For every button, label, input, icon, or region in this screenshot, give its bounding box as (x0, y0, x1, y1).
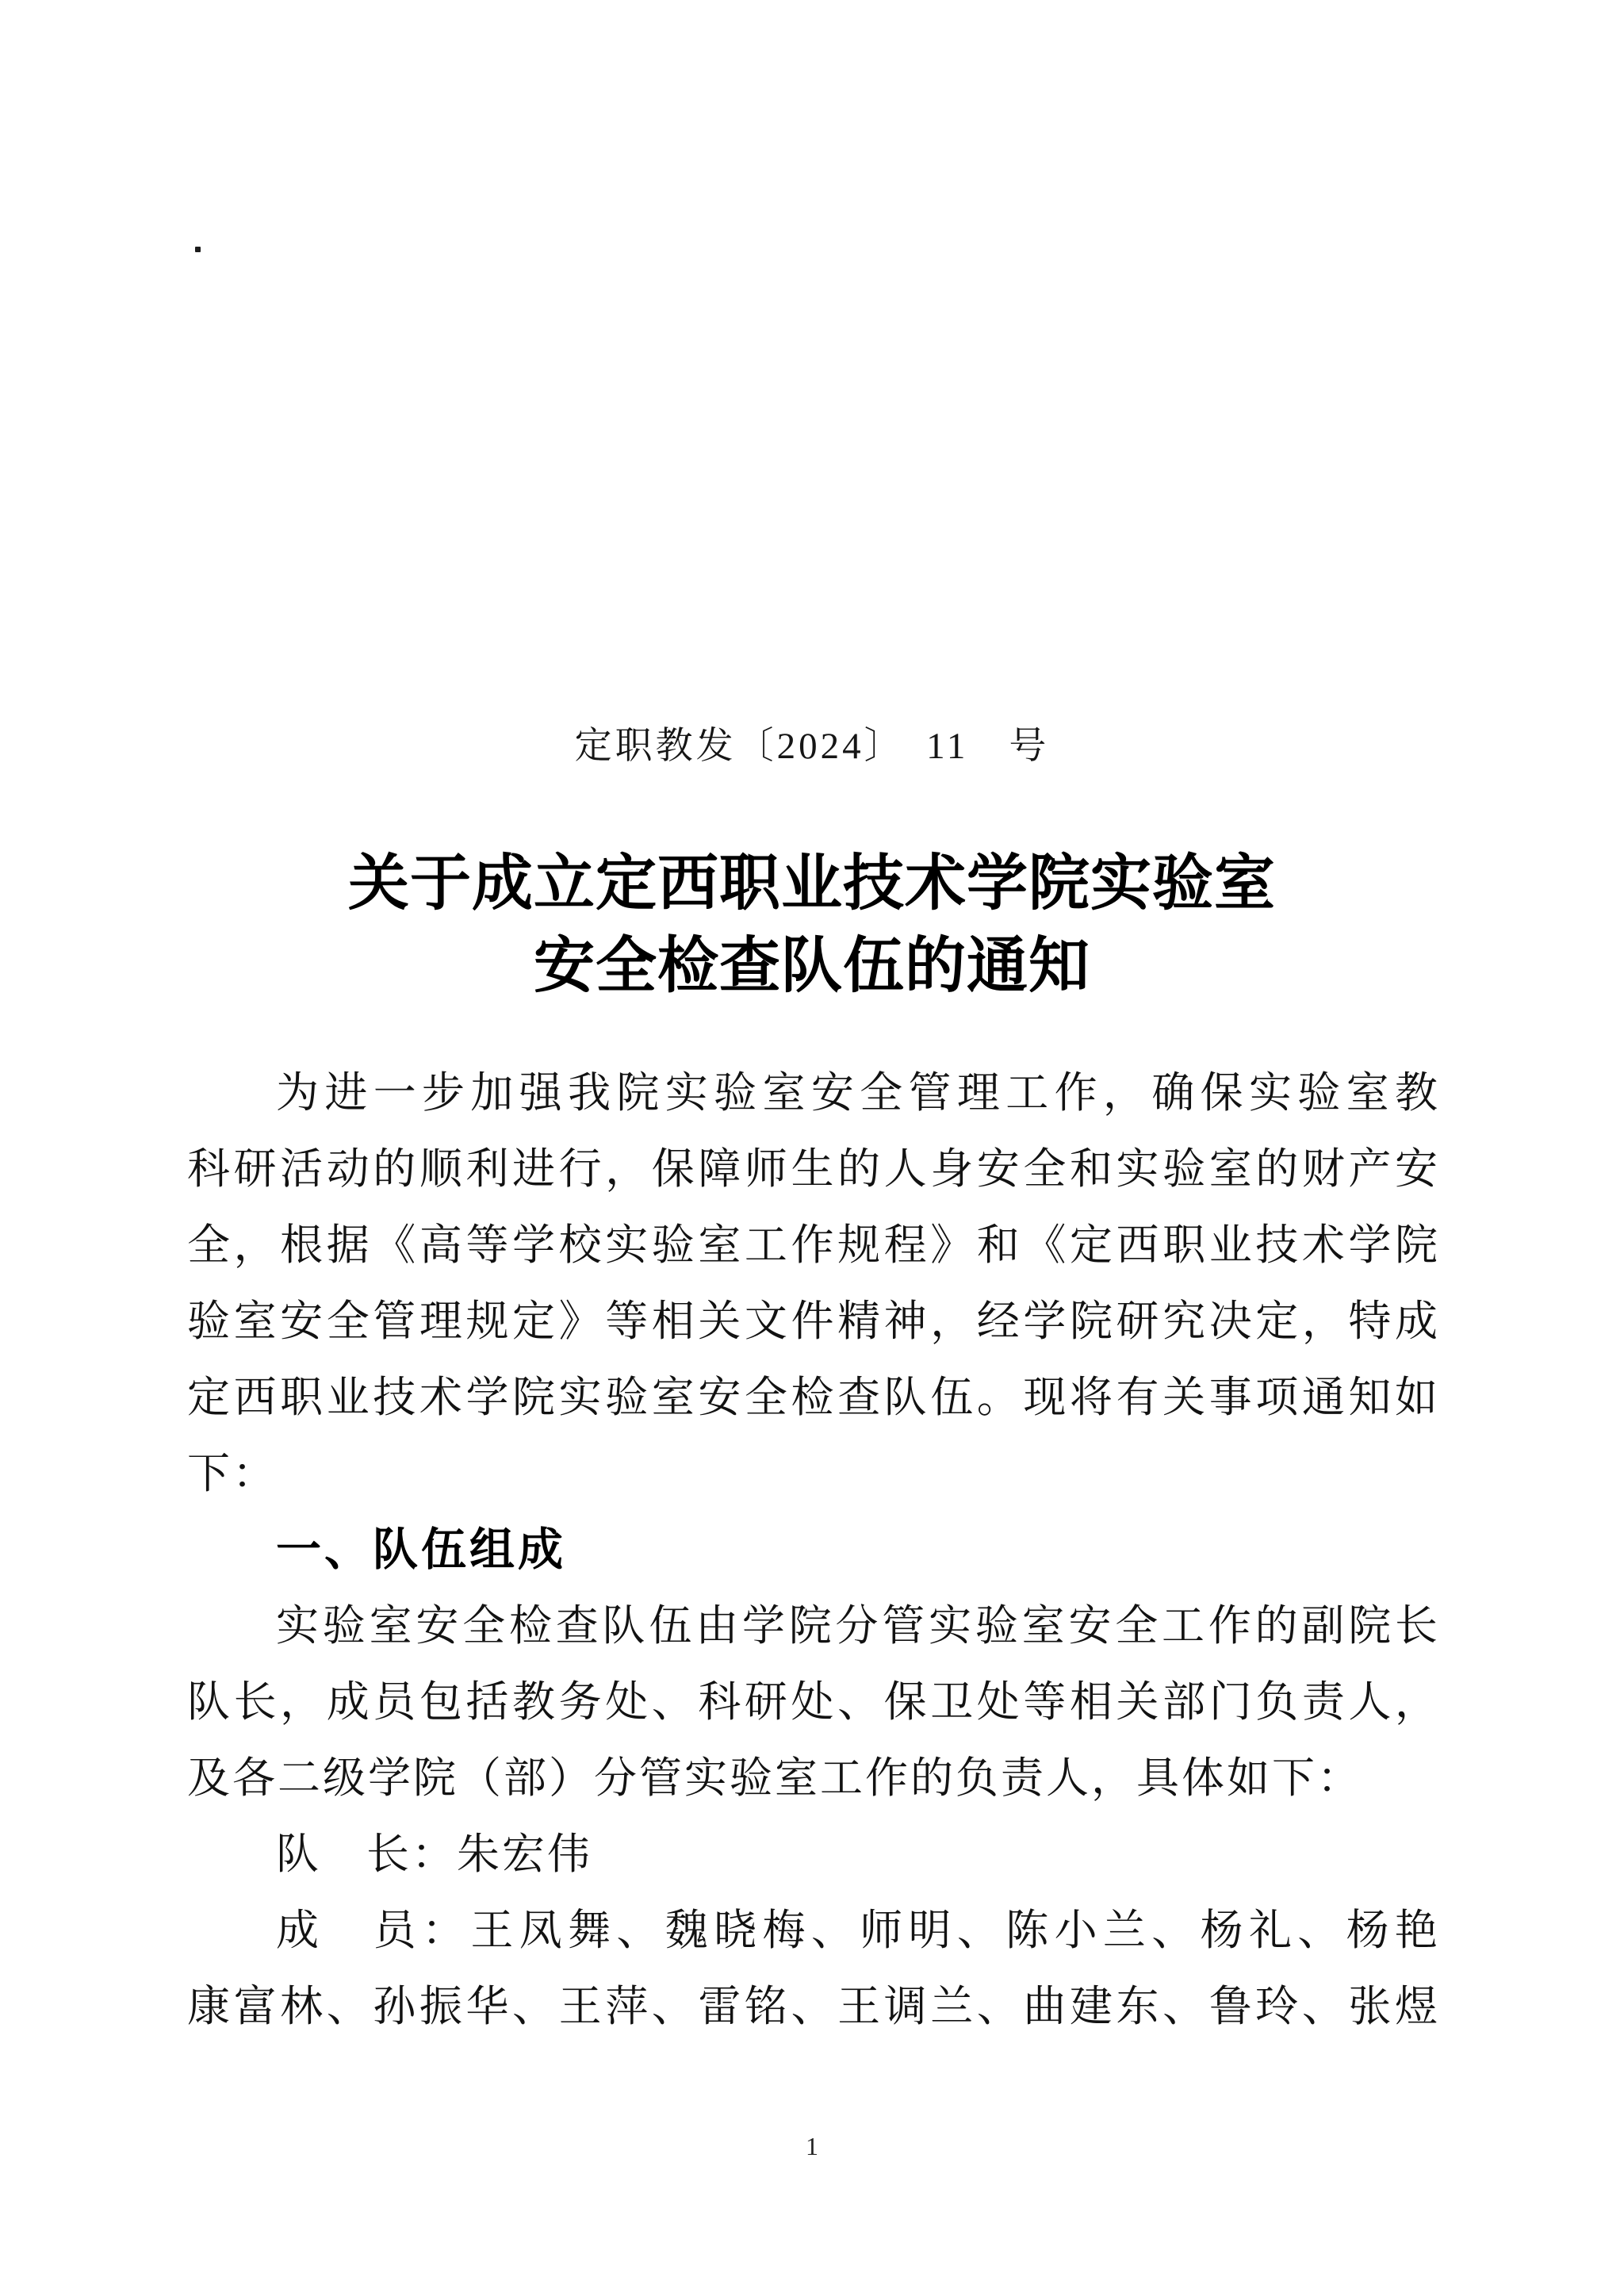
body-line: 全，根据《高等学校实验室工作规程》和《定西职业技术学院实 (187, 1207, 1440, 1283)
section-heading-team-composition: 一、队伍组成 (187, 1512, 1440, 1588)
body-line: 科研活动的顺利进行，保障师生的人身安全和实验室的财产安 (187, 1131, 1440, 1207)
document-page: 定职教发〔2024〕 11 号 关于成立定西职业技术学院实验室 安全检查队伍的通… (0, 0, 1624, 2296)
page-number: 1 (0, 2132, 1624, 2160)
body-line: 及各二级学院（部）分管实验室工作的负责人，具体如下： (187, 1740, 1440, 1816)
body-line: 下： (187, 1435, 1440, 1512)
scan-artifact-dot (195, 247, 201, 252)
document-number: 定职教发〔2024〕 11 号 (0, 723, 1624, 769)
document-title: 关于成立定西职业技术学院实验室 安全检查队伍的通知 (0, 842, 1624, 1007)
body-line: 为进一步加强我院实验室安全管理工作，确保实验室教学、 (187, 1055, 1440, 1131)
body-line: 队长，成员包括教务处、科研处、保卫处等相关部门负责人，以 (187, 1664, 1440, 1740)
document-title-line-1: 关于成立定西职业技术学院实验室 (0, 842, 1624, 925)
document-body: 为进一步加强我院实验室安全管理工作，确保实验室教学、 科研活动的顺利进行，保障师… (187, 1055, 1440, 2045)
document-title-line-2: 安全检查队伍的通知 (0, 925, 1624, 1007)
body-line: 验室安全管理规定》等相关文件精神，经学院研究决定，特成立 (187, 1283, 1440, 1359)
body-line: 定西职业技术学院实验室安全检查队伍。现将有关事项通知如 (187, 1359, 1440, 1435)
team-members-line: 成 员：王凤舞、魏晓梅、师明、陈小兰、杨礼、杨艳丽、 (187, 1892, 1440, 1968)
team-members-line-continued: 康富林、孙振华、王萍、雷铭、王调兰、曲建东、鲁玲、张煜祺 (187, 1968, 1440, 2045)
body-line: 实验室安全检查队伍由学院分管实验室安全工作的副院长任 (187, 1588, 1440, 1664)
team-leader-line: 队 长：朱宏伟 (187, 1816, 1440, 1892)
